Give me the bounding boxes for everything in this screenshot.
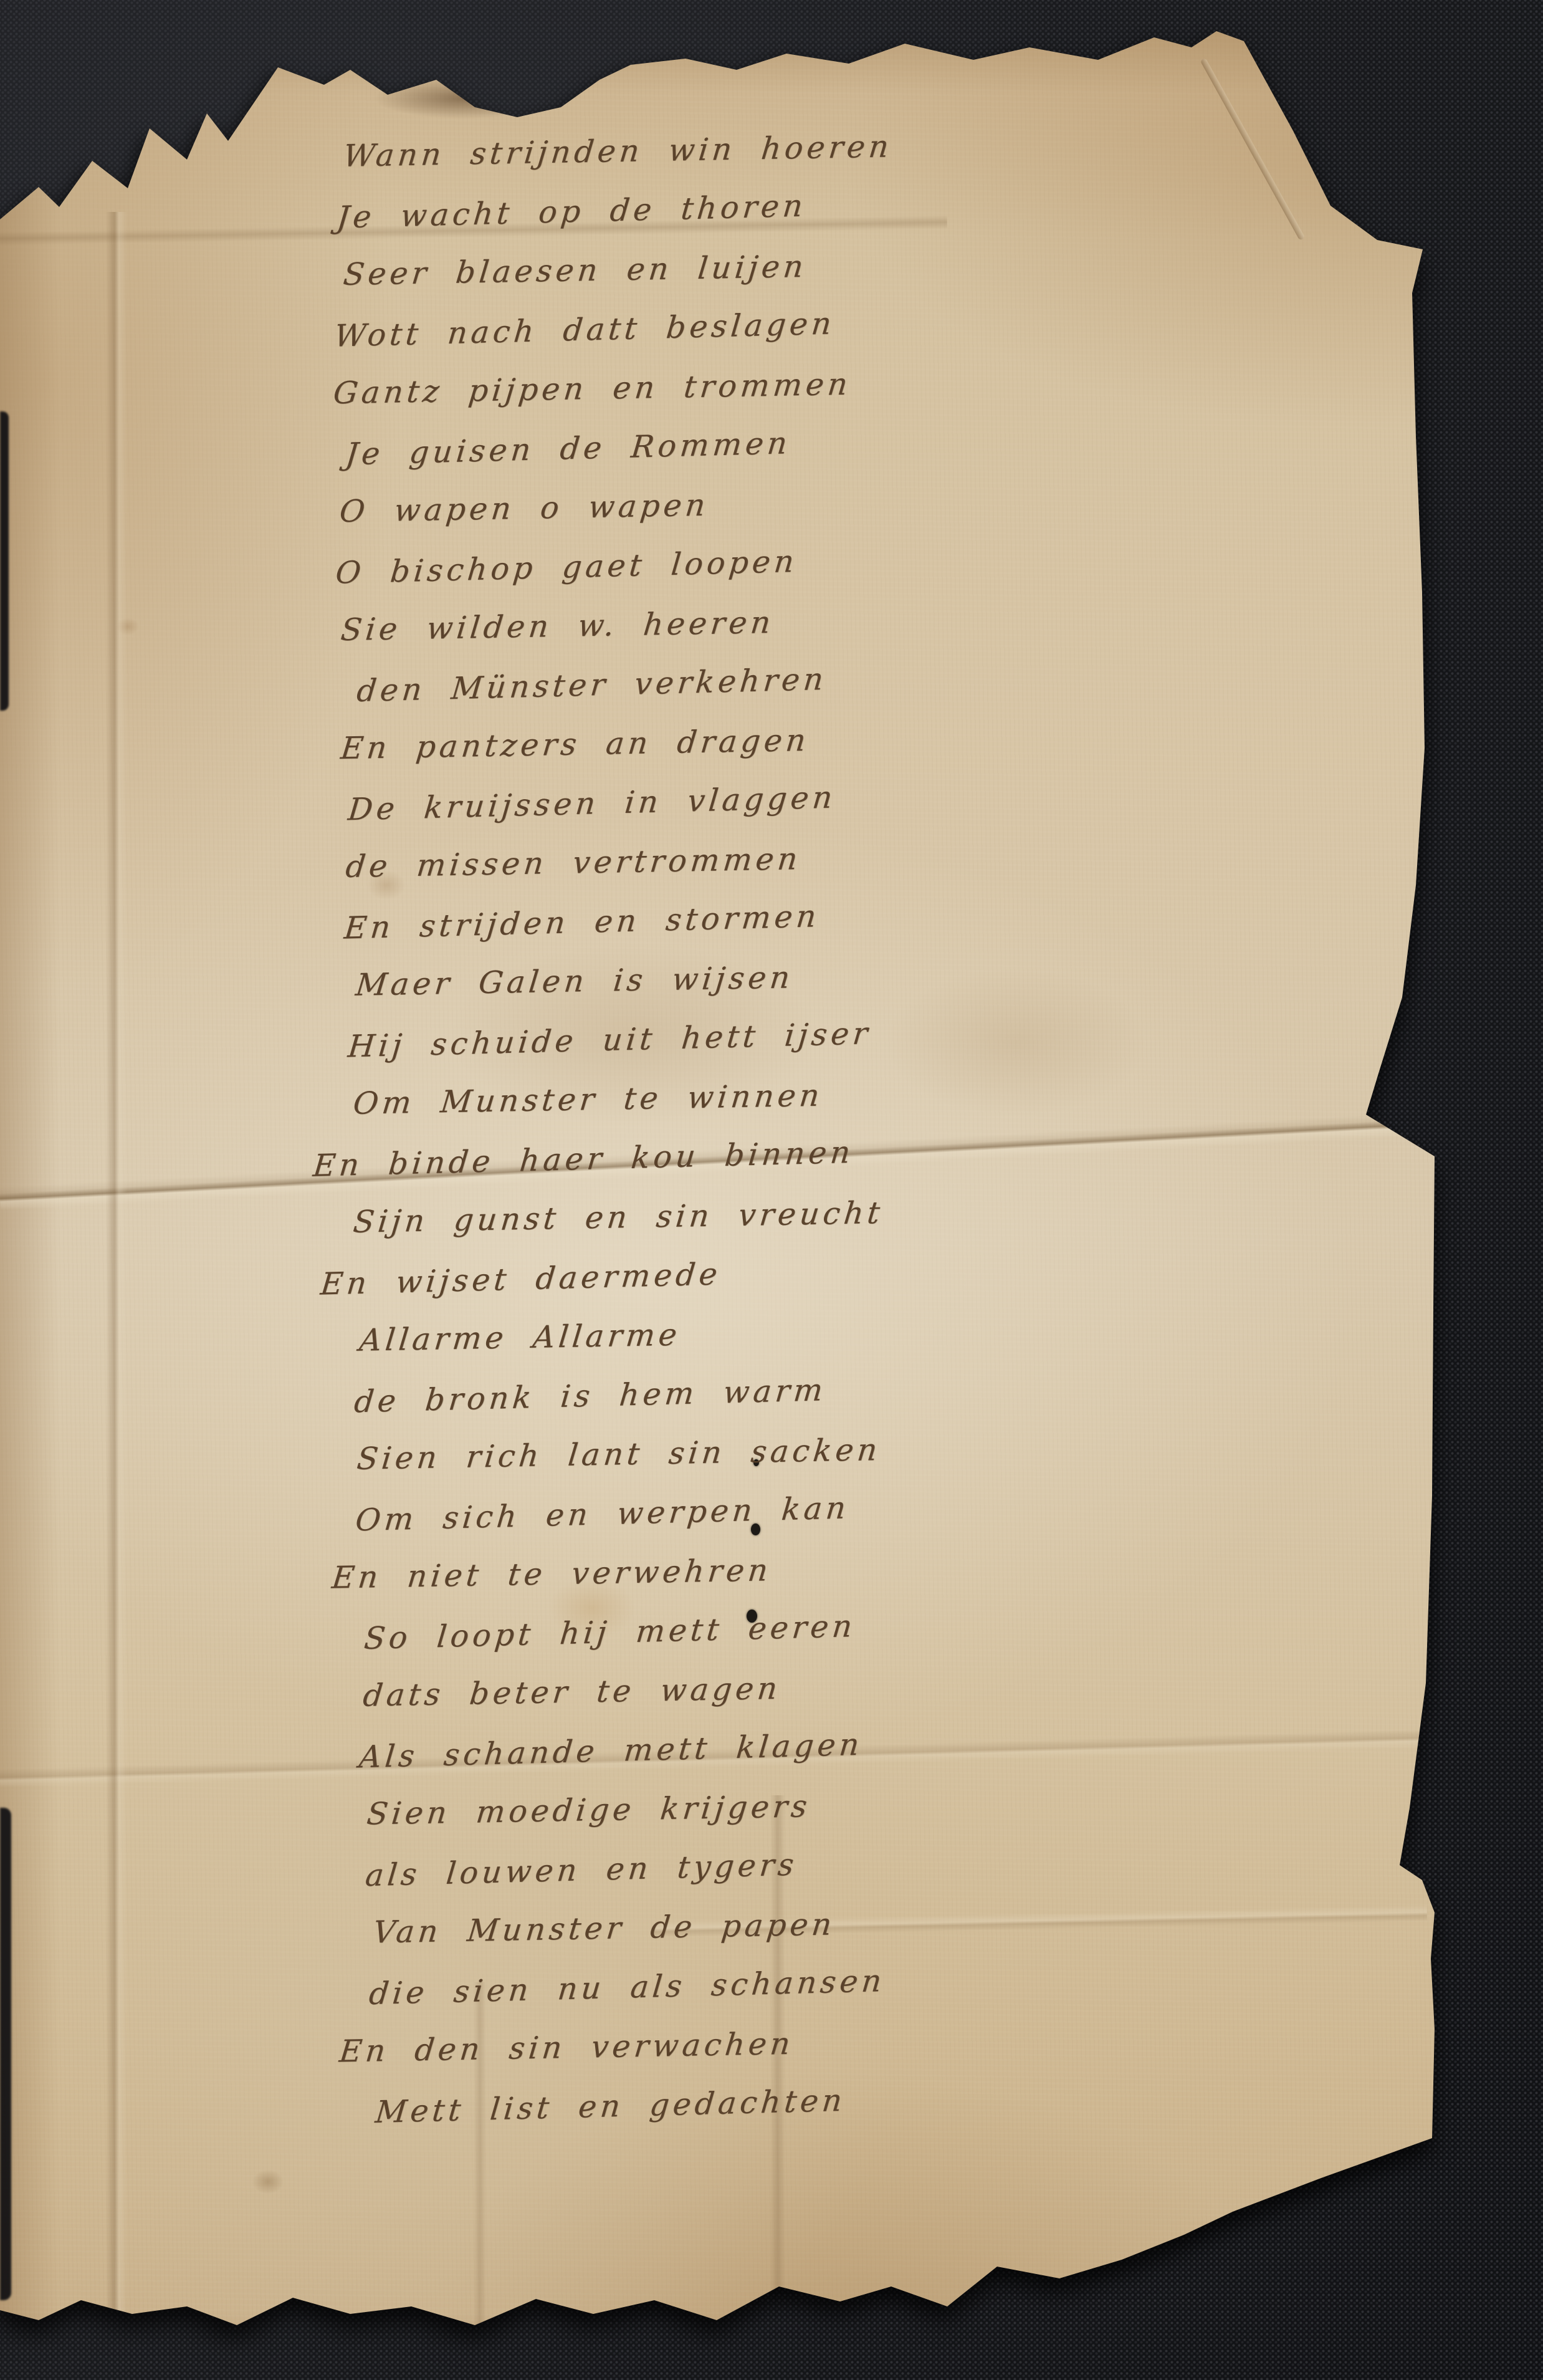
paper-shadow-wrap: Wann strijnden win hoerenJe wacht op de …	[0, 0, 1543, 2380]
left-edge-gap	[0, 411, 9, 711]
paper-sheet: Wann strijnden win hoerenJe wacht op de …	[0, 0, 1543, 2380]
manuscript-photo: Wann strijnden win hoerenJe wacht op de …	[0, 0, 1543, 2380]
left-edge-gap	[0, 1808, 11, 2300]
manuscript-text: Wann strijnden win hoerenJe wacht op de …	[324, 116, 934, 2141]
manuscript-line: den Münster verkehren	[354, 648, 906, 721]
